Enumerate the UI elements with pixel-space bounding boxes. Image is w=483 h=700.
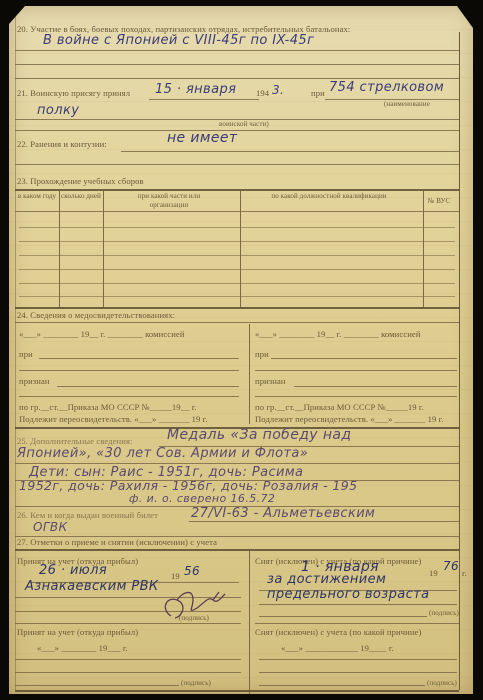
- s27-accepted1-year: 56: [184, 564, 200, 578]
- s24-order: по гр.__ст.__Приказа МО СССР №_____19__ …: [19, 402, 197, 412]
- rule: [19, 396, 239, 397]
- table-row: [19, 296, 455, 297]
- col-divider: [59, 190, 60, 307]
- s27-accepted1-date: 26 · июля: [39, 563, 107, 578]
- s26-value-cont: ОГВК: [33, 520, 67, 534]
- s23-label: 23. Прохождение учебных сборов: [17, 176, 144, 186]
- s21-caption-naming: (наименование: [384, 100, 430, 108]
- table-bottom-rule: [15, 307, 459, 309]
- s27-removed1-year-suffix: г.: [462, 568, 467, 578]
- s27-accepted2-label: Принят на учет (откуда прибыл): [17, 627, 138, 637]
- col-divider: [240, 190, 241, 307]
- s21-year-value: 3.: [272, 83, 284, 97]
- rule: [255, 396, 457, 397]
- rule: [15, 164, 459, 165]
- s27-accepted2-date: «___» ________ 19___ г.: [37, 643, 128, 653]
- s25-line2: Японией», «30 лет Сов. Армии и Флота»: [17, 446, 308, 461]
- s26-label: 26. Кем и когда выдан военный билет: [17, 510, 158, 520]
- s24-recheck: Подлежит переосвидетельств. «___» ______…: [19, 414, 208, 424]
- rule: [255, 370, 457, 371]
- s27-divider: [249, 551, 250, 694]
- s27-label: 27. Отметки о приеме и снятии (исключени…: [17, 537, 217, 547]
- s27-removed1-reason2: предельного возраста: [267, 587, 430, 602]
- rule: [15, 659, 241, 660]
- rule: [15, 549, 459, 551]
- rule: [121, 151, 459, 152]
- rule: [15, 64, 459, 65]
- rule: [149, 99, 259, 100]
- col-header-qualification: по какой должностной квалификации: [254, 192, 404, 201]
- s27-removed2-date: «___» ____________ 19____ г.: [281, 643, 394, 653]
- col-header-year: в каком году: [15, 192, 59, 201]
- s27-removed1-signature-caption: (подпись): [429, 609, 459, 617]
- rule: [15, 78, 459, 79]
- rule: [294, 386, 457, 387]
- s24-recognized: признан: [19, 376, 50, 386]
- rule: [15, 623, 241, 624]
- s27-removed2-label: Снят (исключен) с учета (по какой причин…: [255, 627, 421, 637]
- rule: [15, 672, 241, 673]
- col-header-days: сколько дней: [59, 192, 103, 201]
- table-row: [19, 269, 455, 270]
- table-row: [19, 283, 455, 284]
- s24-label: 24. Сведения о медосвидетельствованиях:: [17, 310, 175, 320]
- s22-label: 22. Ранения и контузии:: [17, 139, 107, 149]
- rule: [259, 616, 427, 617]
- document-page: 20. Участие в боях, боевых походах, парт…: [9, 6, 473, 694]
- s24-at: при: [255, 349, 269, 359]
- s24-recognized: признан: [255, 376, 286, 386]
- s24-divider: [249, 324, 250, 424]
- col-divider: [423, 190, 424, 307]
- rule: [15, 211, 459, 212]
- rule: [259, 685, 425, 686]
- rule: [189, 521, 459, 522]
- rule: [57, 386, 239, 387]
- rule: [259, 659, 457, 660]
- s21-unit-value-cont: полку: [37, 103, 79, 118]
- rule: [15, 322, 459, 323]
- table-row: [19, 255, 455, 256]
- s21-unit-value: 754 стрелковом: [329, 80, 444, 95]
- col-header-vus: № ВУС: [414, 197, 464, 205]
- page-border-left: [15, 16, 16, 690]
- s27-accepted2-signature-caption: (подпись): [181, 679, 211, 687]
- s21-at-label: при: [311, 88, 325, 98]
- table-row: [19, 227, 455, 228]
- s25-line5: ф. и. о. сверено 16.5.72: [129, 492, 275, 505]
- s27-removed1-year: 76: [443, 559, 459, 573]
- rule: [259, 604, 457, 605]
- s24-date-line: «___» ________ 19__ г. ________ комиссие…: [255, 329, 421, 339]
- s21-year-prefix: 194: [256, 88, 269, 98]
- s27-removed1-year-prefix: 19: [429, 568, 438, 578]
- page-border-right: [459, 32, 460, 690]
- rule: [39, 358, 239, 359]
- s27-accepted1-signature-caption: (подпись): [179, 614, 209, 622]
- s24-at: при: [19, 349, 33, 359]
- s27-accepted1-from: Азнакаевским РВК: [25, 579, 159, 594]
- rule: [15, 463, 459, 464]
- s27-removed1-reason1: за достижением: [267, 572, 386, 587]
- rule: [15, 50, 459, 51]
- s20-value: В войне с Японией с VIII-45г по IX-45г: [43, 33, 314, 48]
- rule: [19, 370, 239, 371]
- rule: [271, 358, 457, 359]
- table-top-rule: [15, 189, 459, 191]
- rule: [259, 672, 457, 673]
- s25-label: 25. Дополнительные сведения:: [17, 436, 132, 446]
- col-header-unit: при какой части или организации: [119, 192, 219, 210]
- s24-order: по гр.__ст.__Приказа МО СССР №_____19 г.: [255, 402, 424, 412]
- s22-value: не имеет: [167, 130, 237, 146]
- s27-accepted1-year-prefix: 19: [171, 571, 180, 581]
- s24-recheck: Подлежит переосвидетельств. «___» ______…: [255, 414, 444, 424]
- rule: [15, 690, 459, 692]
- table-row: [19, 241, 455, 242]
- col-divider: [103, 190, 104, 307]
- s25-line1: Медаль «За победу над: [167, 427, 351, 443]
- rule: [15, 685, 179, 686]
- s26-value: 27/VI-63 - Альметьевским: [191, 506, 375, 521]
- s21-label: 21. Воинскую присягу принял: [17, 88, 130, 98]
- s21-date-value: 15 · января: [155, 82, 236, 97]
- rule: [255, 623, 459, 624]
- s25-line4: 1952г, дочь: Рахиля - 1956г, дочь: Розал…: [19, 478, 357, 493]
- s27-removed2-signature-caption: (подпись): [427, 679, 457, 687]
- s24-date-line: «___» ________ 19__ г. ________ комиссие…: [19, 329, 185, 339]
- s21-caption-unit: воинской части): [219, 120, 269, 128]
